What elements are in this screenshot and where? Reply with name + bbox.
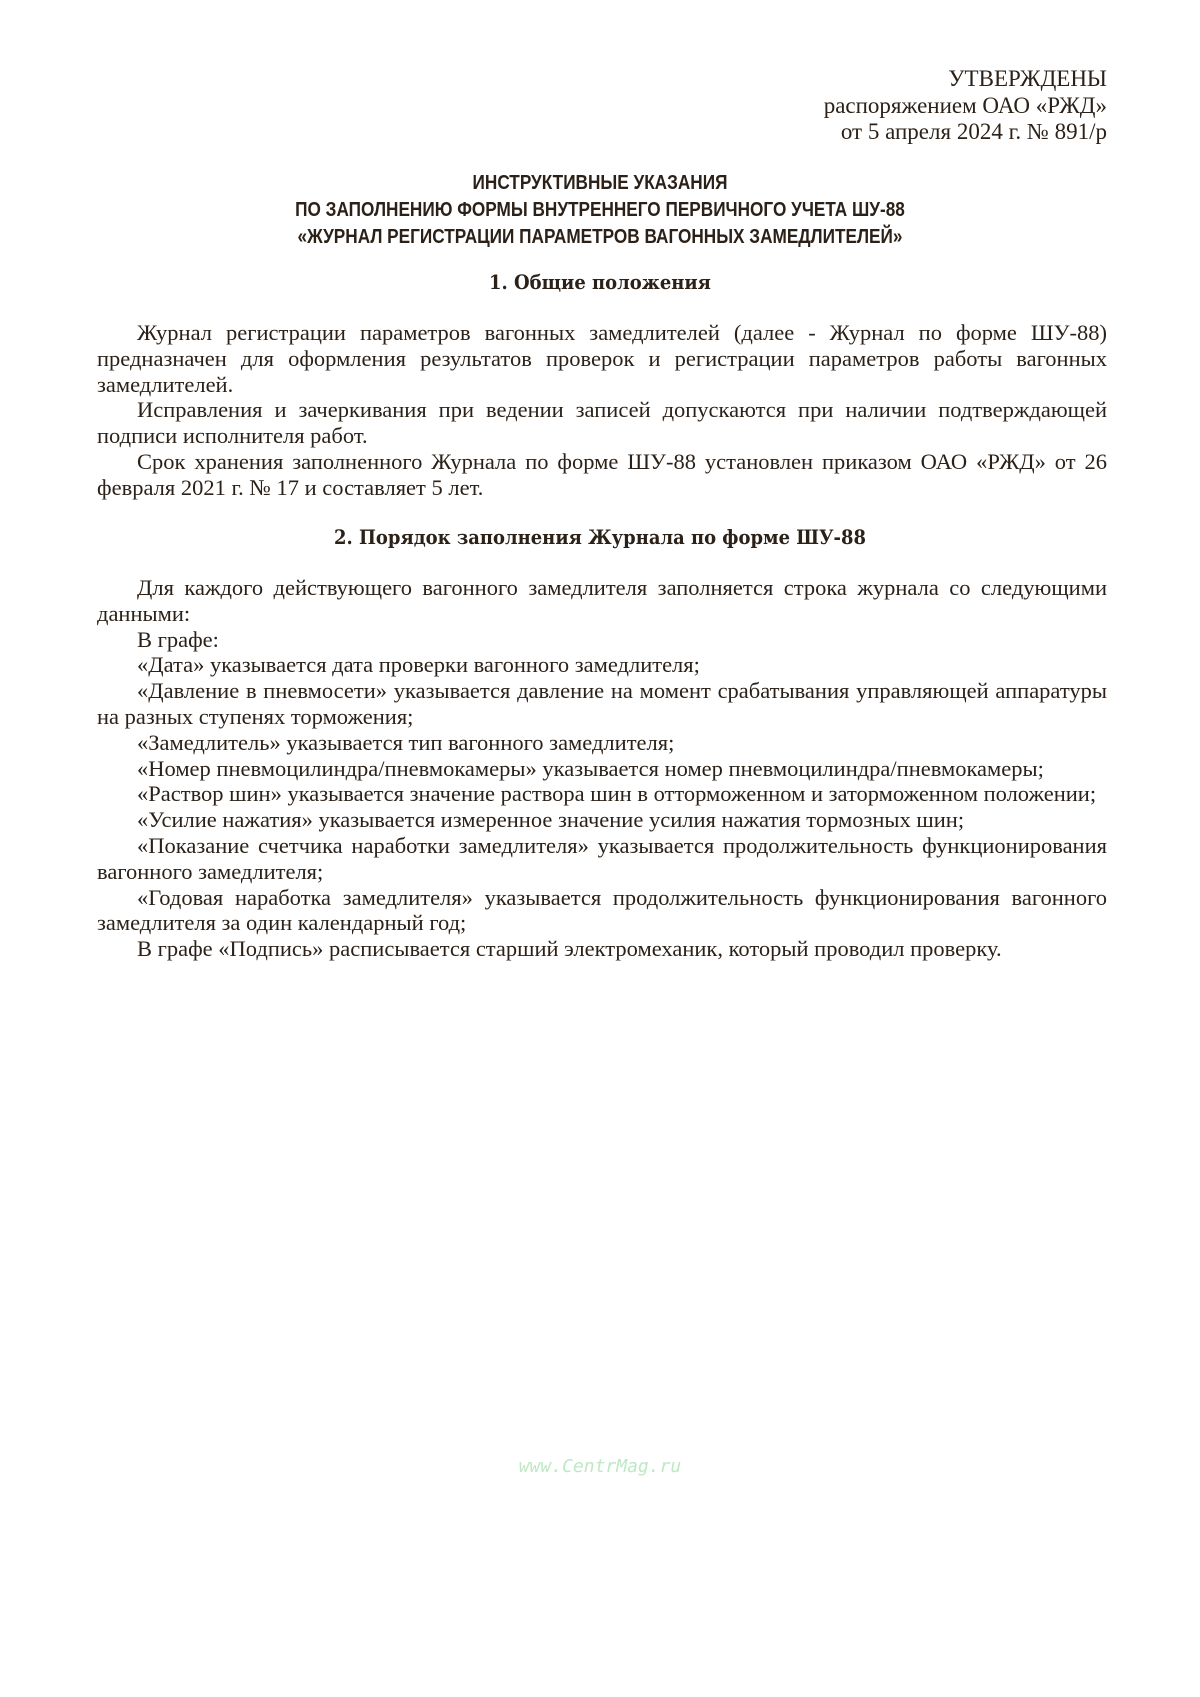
section-2-body: Для каждого действующего вагонного замед… <box>97 575 1107 962</box>
paragraph: «Годовая наработка замедлителя» указывае… <box>97 885 1107 937</box>
section-2-heading: 2. Порядок заполнения Журнала по форме Ш… <box>48 525 1152 551</box>
document-title: ИНСТРУКТИВНЫЕ УКАЗАНИЯ ПО ЗАПОЛНЕНИЮ ФОР… <box>84 170 1116 251</box>
paragraph: «Дата» указывается дата проверки вагонно… <box>97 652 1107 678</box>
paragraph: «Показание счетчика наработки замедлител… <box>97 833 1107 885</box>
paragraph: В графе: <box>97 627 1107 653</box>
approval-block: УТВЕРЖДЕНЫ распоряжением ОАО «РЖД» от 5 … <box>824 66 1107 146</box>
paragraph: «Замедлитель» указывается тип вагонного … <box>97 730 1107 756</box>
approval-status: УТВЕРЖДЕНЫ <box>824 66 1107 93</box>
section-1-heading: 1. Общие положения <box>48 270 1152 296</box>
paragraph: «Усилие нажатия» указывается измеренное … <box>97 807 1107 833</box>
section-1-body: Журнал регистрации параметров вагонных з… <box>97 320 1107 501</box>
approval-date-number: от 5 апреля 2024 г. № 891/р <box>824 119 1107 146</box>
paragraph: «Номер пневмоцилиндра/пневмокамеры» указ… <box>97 756 1107 782</box>
title-line-1: ИНСТРУКТИВНЫЕ УКАЗАНИЯ <box>84 170 1116 197</box>
paragraph: Журнал регистрации параметров вагонных з… <box>97 320 1107 397</box>
paragraph: Для каждого действующего вагонного замед… <box>97 575 1107 627</box>
paragraph: «Давление в пневмосети» указывается давл… <box>97 678 1107 730</box>
paragraph: В графе «Подпись» расписывается старший … <box>97 936 1107 962</box>
paragraph: Срок хранения заполненного Журнала по фо… <box>97 449 1107 501</box>
paragraph: Исправления и зачеркивания при ведении з… <box>97 397 1107 449</box>
approval-issuer: распоряжением ОАО «РЖД» <box>824 93 1107 120</box>
document-page: УТВЕРЖДЕНЫ распоряжением ОАО «РЖД» от 5 … <box>0 0 1200 1697</box>
title-line-2: ПО ЗАПОЛНЕНИЮ ФОРМЫ ВНУТРЕННЕГО ПЕРВИЧНО… <box>84 197 1116 224</box>
watermark: www.CentrMag.ru <box>0 1456 1200 1477</box>
title-line-3: «ЖУРНАЛ РЕГИСТРАЦИИ ПАРАМЕТРОВ ВАГОННЫХ … <box>84 224 1116 251</box>
paragraph: «Раствор шин» указывается значение раств… <box>97 781 1107 807</box>
